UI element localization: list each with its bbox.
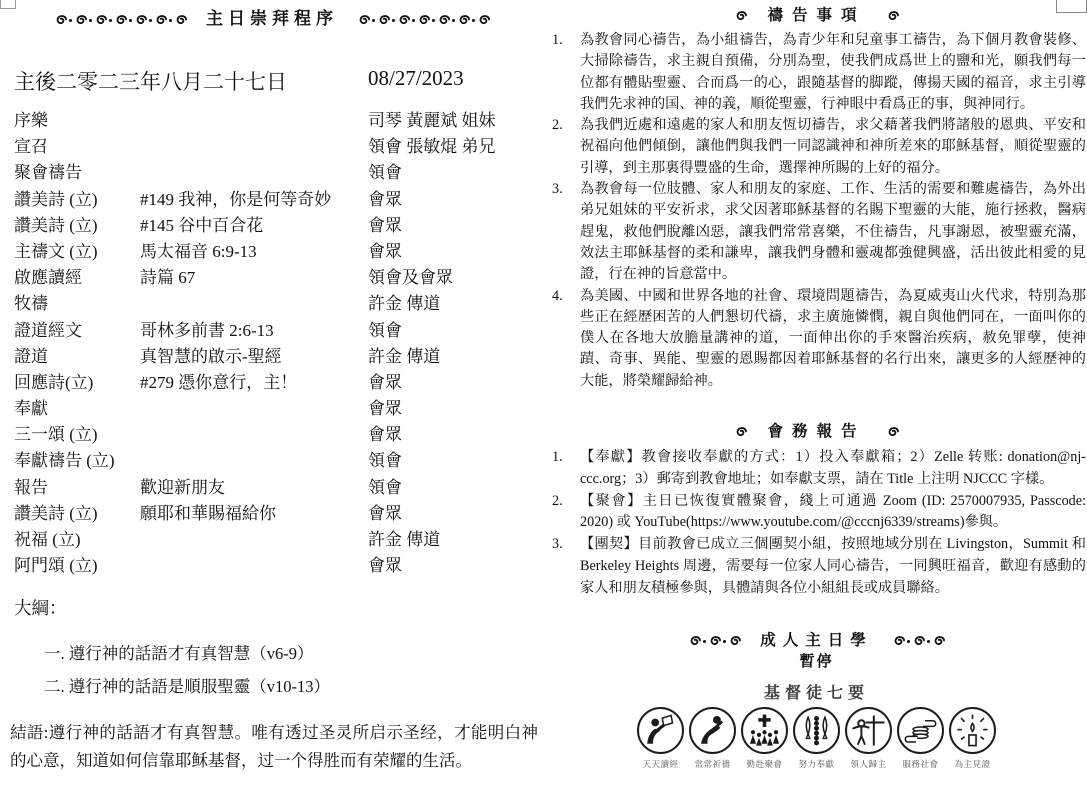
essential-label: 勤赴聚會 (741, 758, 788, 770)
program-item: 三一頌 (立) (14, 422, 140, 448)
service-date: 主後二零二三年八月二十七日 08/27/2023 (14, 66, 534, 96)
program-detail: 哥林多前書 2:6-13 (140, 318, 368, 344)
ornament-swirl-icon (357, 15, 490, 26)
prayer-item-text: 為教會每一位肢體、家人和朋友的家庭、工作、生活的需要和難處禱告，為外出弟兄姐妹的… (580, 179, 1086, 285)
page-title: 主日崇拜程序 (206, 9, 338, 28)
prayer-item-text: 為教會同心禱告，為小組禱告，為青少年和兒童事工禱告，為下個月教會裝修、大掃除禱告… (580, 30, 1086, 115)
program-detail (140, 134, 368, 160)
program-person: 領會 (368, 160, 536, 186)
program-item: 啟應讀經 (14, 265, 140, 291)
announcement-item: 2.【聚會】主日已恢復實體聚會，綫上可通過 Zoom (ID: 25700079… (549, 491, 1086, 535)
constant-prayer-icon (689, 707, 736, 754)
essential-label: 領人歸主 (845, 758, 892, 770)
program-item: 祝福 (立) (14, 527, 140, 553)
service-date-numeric: 08/27/2023 (368, 66, 464, 91)
program-item: 證道經文 (14, 318, 140, 344)
program-row: 啟應讀經詩篇 67領會及會眾 (14, 265, 536, 291)
announcement-text: 【聚會】主日已恢復實體聚會，綫上可通過 Zoom (ID: 2570007935… (580, 491, 1086, 535)
program-detail (140, 422, 368, 448)
program-person: 領會 (368, 475, 536, 501)
program-row: 讚美詩 (立)#145 谷中百合花會眾 (14, 213, 536, 239)
list-number: 2. (549, 115, 580, 179)
sermon-outline-point: 二. 遵行神的話語是順服聖靈（v10-13） (44, 673, 330, 697)
program-row: 證道經文哥林多前書 2:6-13領會 (14, 318, 536, 344)
prayer-item: 3.為教會每一位肢體、家人和朋友的家庭、工作、生活的需要和難處禱告，為外出弟兄姐… (549, 179, 1086, 285)
program-row: 牧禱許金 傳道 (14, 291, 536, 317)
prayer-item-text: 為美國、中國和世界各地的社會、環境問題禱告，為夏威夷山火代求，特別為那些正在經歷… (580, 286, 1086, 392)
essential-label: 服務社會 (897, 758, 944, 770)
essential-cell: 服務社會 (897, 707, 944, 770)
program-detail: #149 我神，你是何等奇妙 (140, 187, 368, 213)
serve-society-icon (897, 707, 944, 754)
essential-cell: 領人歸主 (845, 707, 892, 770)
program-detail (140, 553, 368, 579)
program-person: 會眾 (368, 396, 536, 422)
program-item: 阿門頌 (立) (14, 553, 140, 579)
program-row: 祝福 (立)許金 傳道 (14, 527, 536, 553)
ornament-swirl-icon (886, 427, 899, 438)
essential-cell: 天天讀經 (637, 707, 684, 770)
prayer-items-list: 1.為教會同心禱告，為小組禱告，為青少年和兒童事工禱告，為下個月教會裝修、大掃除… (549, 30, 1086, 392)
list-number: 2. (549, 491, 580, 535)
program-row: 序樂司琴 黃麗斌 姐妹 (14, 108, 536, 134)
program-detail (140, 291, 368, 317)
essential-label: 努力奉獻 (793, 758, 840, 770)
essential-label: 天天讀經 (637, 758, 684, 770)
program-item: 證道 (14, 344, 140, 370)
program-detail: 馬太福音 6:9-13 (140, 239, 368, 265)
program-detail (140, 448, 368, 474)
program-row: 證道真智慧的啟示-聖經許金 傳道 (14, 344, 536, 370)
program-person: 會眾 (368, 501, 536, 527)
program-item: 奉獻禱告 (立) (14, 448, 140, 474)
ornament-swirl-icon (734, 11, 747, 22)
program-item: 序樂 (14, 108, 140, 134)
program-detail (140, 396, 368, 422)
program-row: 讚美詩 (立)願耶和華賜福給你會眾 (14, 501, 536, 527)
prayer-items-title: 禱告事項 (767, 7, 865, 24)
program-person: 許金 傳道 (368, 344, 536, 370)
essential-label: 為主見證 (949, 758, 996, 770)
ornament-swirl-icon (734, 427, 747, 438)
program-detail (140, 160, 368, 186)
seven-essentials-icons: 天天讀經 常常祈禱 (549, 707, 1084, 770)
program-person: 許金 傳道 (368, 291, 536, 317)
prayer-item: 4.為美國、中國和世界各地的社會、環境問題禱告，為夏威夷山火代求，特別為那些正在… (549, 286, 1086, 392)
list-number: 3. (549, 179, 580, 285)
essential-cell: 為主見證 (949, 707, 996, 770)
essential-cell: 勤赴聚會 (741, 707, 788, 770)
program-item: 主禱文 (立) (14, 239, 140, 265)
attend-meetings-icon (741, 707, 788, 754)
program-detail (140, 108, 368, 134)
ornament-swirl-icon (892, 636, 945, 647)
program-person: 領會 (368, 448, 536, 474)
prayer-items-header: 禱告事項 (549, 3, 1084, 25)
adult-sunday-school-title: 成人主日學 (760, 632, 873, 649)
program-person: 會眾 (368, 213, 536, 239)
ornament-swirl-icon (688, 636, 741, 647)
program-row: 聚會禱告領會 (14, 160, 536, 186)
announcements-list: 1.【奉獻】教會接收奉獻的方式：1）投入奉獻箱；2）Zelle 转账: dona… (549, 447, 1086, 600)
church-affairs-header: 會務報告 (549, 419, 1084, 441)
program-person: 領會 張敏焜 弟兄 (368, 134, 536, 160)
program-item: 讚美詩 (立) (14, 501, 140, 527)
program-detail: 歡迎新朋友 (140, 475, 368, 501)
program-row: 奉獻會眾 (14, 396, 536, 422)
announcement-item: 3.【團契】目前教會已成立三個團契小組，按照地域分別在 Livingston，S… (549, 534, 1086, 599)
worship-program-header: 主日崇拜程序 (10, 4, 534, 29)
program-person: 會眾 (368, 187, 536, 213)
prayer-item: 2.為我們近處和遠處的家人和朋友恆切禱告，求父藉著我們將諸般的恩典、平安和祝福向… (549, 115, 1086, 179)
list-number: 4. (549, 286, 580, 392)
program-detail (140, 527, 368, 553)
program-row: 奉獻禱告 (立)領會 (14, 448, 536, 474)
program-person: 會眾 (368, 370, 536, 396)
essential-cell: 常常祈禱 (689, 707, 736, 770)
daily-bible-reading-icon (637, 707, 684, 754)
program-person: 領會 (368, 318, 536, 344)
sermon-conclusion: 結語:遵行神的話語才有真智慧。唯有透过圣灵所启示圣经，才能明白神的心意，知道如何… (10, 719, 538, 774)
program-person: 會眾 (368, 239, 536, 265)
worship-program-list: 序樂司琴 黃麗斌 姐妹 宣召領會 張敏焜 弟兄 聚會禱告領會 讚美詩 (立)#1… (14, 108, 536, 579)
program-row: 報告歡迎新朋友領會 (14, 475, 536, 501)
program-detail: 詩篇 67 (140, 265, 368, 291)
program-person: 領會及會眾 (368, 265, 536, 291)
list-number: 3. (549, 534, 580, 599)
announcement-item: 1.【奉獻】教會接收奉獻的方式：1）投入奉獻箱；2）Zelle 转账: dona… (549, 447, 1086, 491)
program-item: 聚會禱告 (14, 160, 140, 186)
program-row: 讚美詩 (立)#149 我神，你是何等奇妙會眾 (14, 187, 536, 213)
list-number: 1. (549, 447, 580, 491)
program-person: 會眾 (368, 422, 536, 448)
prayer-item-text: 為我們近處和遠處的家人和朋友恆切禱告，求父藉著我們將諸般的恩典、平安和祝福向他們… (580, 115, 1086, 179)
program-person: 司琴 黃麗斌 姐妹 (368, 108, 536, 134)
service-date-chinese: 主後二零二三年八月二十七日 (14, 70, 287, 94)
program-detail: 願耶和華賜福給你 (140, 501, 368, 527)
ornament-swirl-icon (886, 11, 899, 22)
program-row: 主禱文 (立)馬太福音 6:9-13會眾 (14, 239, 536, 265)
program-item: 回應詩(立) (14, 370, 140, 396)
program-item: 宣召 (14, 134, 140, 160)
announcement-text: 【奉獻】教會接收奉獻的方式：1）投入奉獻箱；2）Zelle 转账: donati… (580, 447, 1086, 491)
essential-label: 常常祈禱 (689, 758, 736, 770)
program-detail: #279 憑你意行，主！ (140, 370, 368, 396)
church-affairs-title: 會務報告 (767, 423, 865, 440)
program-item: 讚美詩 (立) (14, 213, 140, 239)
program-item: 報告 (14, 475, 140, 501)
sunday-school-status: 暫停 (549, 650, 1084, 671)
program-detail: #145 谷中百合花 (140, 213, 368, 239)
program-person: 會眾 (368, 553, 536, 579)
seven-essentials-figure: 基督徒七要 天天讀經 常常祈禱 (549, 680, 1084, 770)
witness-candle-icon (949, 707, 996, 754)
offering-icon (793, 707, 840, 754)
program-item: 奉獻 (14, 396, 140, 422)
program-person: 許金 傳道 (368, 527, 536, 553)
list-number: 1. (549, 30, 580, 115)
adult-sunday-school-header: 成人主日學 (549, 628, 1084, 650)
sermon-outline-title: 大綱： (14, 595, 67, 620)
program-item: 牧禱 (14, 291, 140, 317)
seven-essentials-title: 基督徒七要 (549, 680, 1084, 703)
program-row: 宣召領會 張敏焜 弟兄 (14, 134, 536, 160)
lead-people-to-christ-icon (845, 707, 892, 754)
prayer-item: 1.為教會同心禱告，為小組禱告，為青少年和兒童事工禱告，為下個月教會裝修、大掃除… (549, 30, 1086, 115)
program-detail: 真智慧的啟示-聖經 (140, 344, 368, 370)
essential-cell: 努力奉獻 (793, 707, 840, 770)
sermon-outline-point: 一. 遵行神的話語才有真智慧（v6-9） (44, 640, 314, 664)
program-item: 讚美詩 (立) (14, 187, 140, 213)
program-row: 回應詩(立)#279 憑你意行，主！會眾 (14, 370, 536, 396)
program-row: 阿門頌 (立)會眾 (14, 553, 536, 579)
program-row: 三一頌 (立)會眾 (14, 422, 536, 448)
ornament-swirl-icon (54, 15, 187, 26)
announcement-text: 【團契】目前教會已成立三個團契小組，按照地域分別在 Livingston，Sum… (580, 534, 1086, 599)
